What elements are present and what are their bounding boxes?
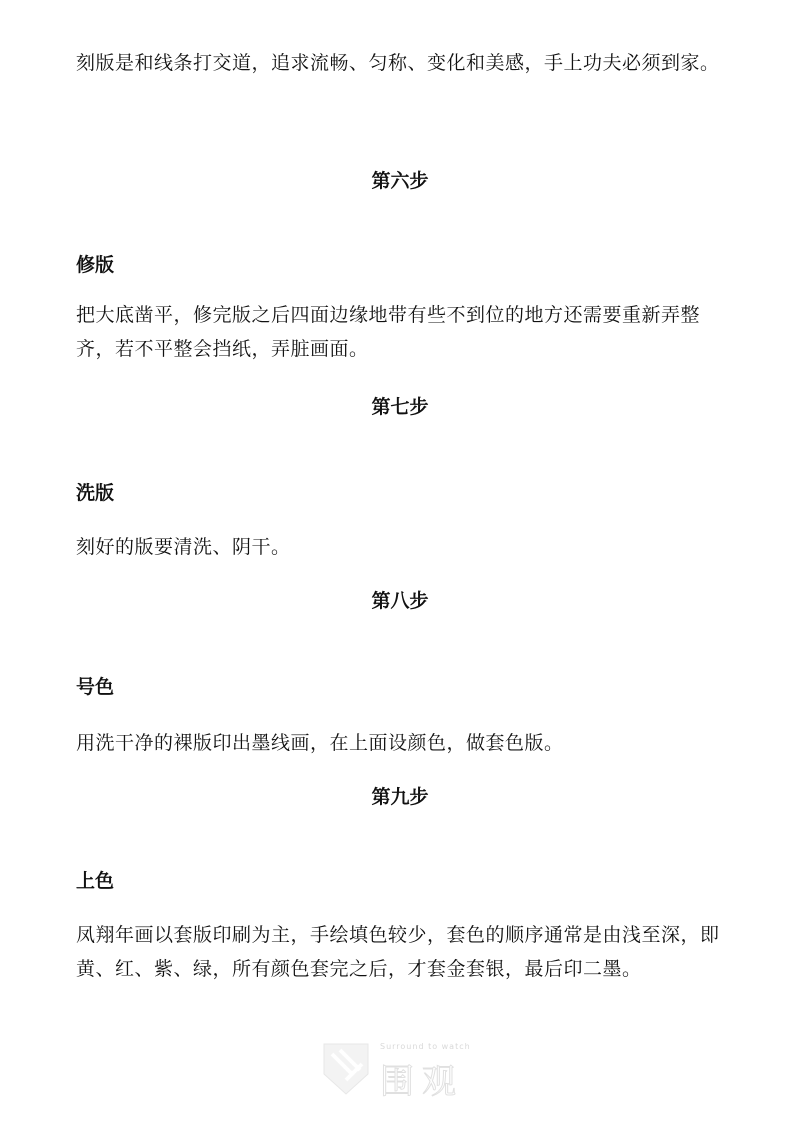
step-6-subtitle: 修版 xyxy=(76,250,114,277)
shield-logo-icon xyxy=(322,1040,372,1096)
step-7-title: 第七步 xyxy=(0,392,800,419)
step-6-title: 第六步 xyxy=(0,166,800,193)
watermark-english: Surround to watch xyxy=(380,1042,471,1051)
step-8-body: 用洗干净的裸版印出墨线画，在上面设颜色，做套色版。 xyxy=(76,726,726,760)
step-9-title: 第九步 xyxy=(0,782,800,809)
intro-paragraph: 刻版是和线条打交道，追求流畅、匀称、变化和美感，手上功夫必须到家。 xyxy=(76,46,726,80)
watermark-logo: Surround to watch 围观 xyxy=(322,1040,482,1100)
step-8-title: 第八步 xyxy=(0,586,800,613)
step-7-body: 刻好的版要清洗、阴干。 xyxy=(76,530,726,564)
step-8-subtitle: 号色 xyxy=(76,672,114,699)
step-7-subtitle: 洗版 xyxy=(76,478,114,505)
step-9-body: 凤翔年画以套版印刷为主，手绘填色较少，套色的顺序通常是由浅至深，即黄、红、紫、绿… xyxy=(76,918,726,986)
step-6-body: 把大底凿平，修完版之后四面边缘地带有些不到位的地方还需要重新弄整齐，若不平整会挡… xyxy=(76,298,726,366)
step-9-subtitle: 上色 xyxy=(76,866,114,893)
watermark-chinese: 围观 xyxy=(380,1054,464,1103)
